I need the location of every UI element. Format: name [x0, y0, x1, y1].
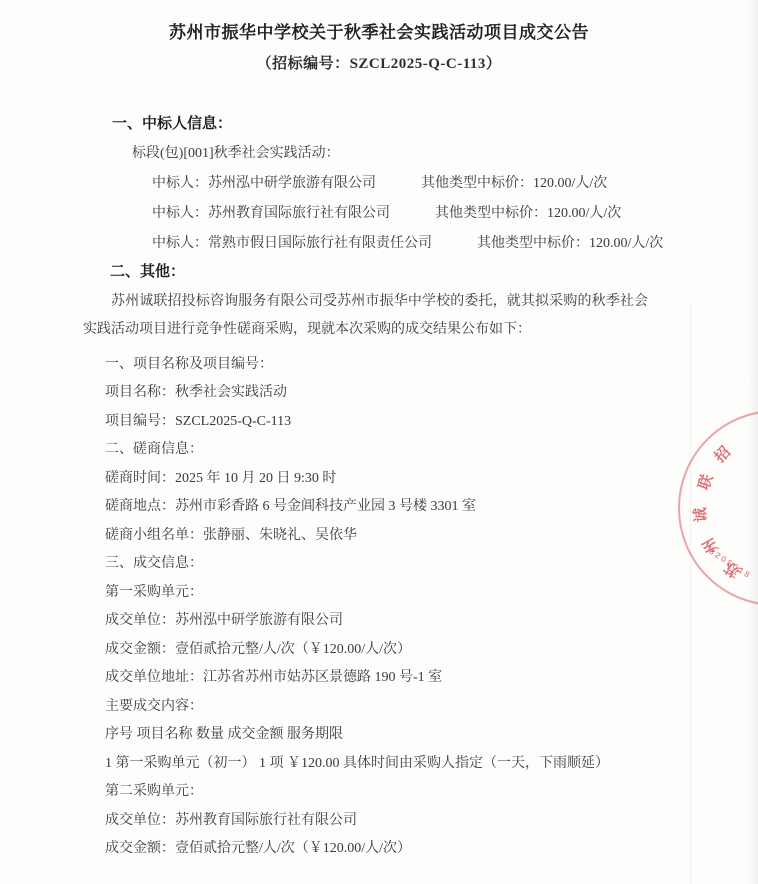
intro-paragraph: 苏州诚联招投标咨询服务有限公司受苏州市振华中学校的委托，就其拟采购的秋季社会实践… — [83, 288, 648, 344]
detail-line: 主要成交内容： — [105, 699, 758, 715]
detail-line: 磋商地点：苏州市彩香路 6 号金阊科技产业园 3 号楼 3301 室 — [105, 499, 758, 515]
detail-line: 成交单位：苏州泓中研学旅游有限公司 — [105, 613, 758, 629]
winner-label: 中标人： — [152, 206, 208, 222]
detail-line: 序号 项目名称 数量 成交金额 服务期限 — [105, 727, 758, 743]
detail-line: 三、成交信息： — [105, 556, 758, 572]
detail-line: 项目编号：SZCL2025-Q-C-113 — [105, 414, 758, 430]
winner-row: 中标人：苏州教育国际旅行社有限公司 其他类型中标价：120.00/人/次 — [152, 206, 758, 222]
page-title: 苏州市振华中学校关于秋季社会实践活动项目成交公告 — [0, 22, 758, 44]
detail-line: 第二采购单元： — [105, 784, 758, 800]
section2-heading: 二、其他： — [110, 264, 758, 280]
winner-price: 其他类型中标价：120.00/人/次 — [477, 236, 663, 252]
document-page: 苏州市振华中学校关于秋季社会实践活动项目成交公告 （招标编号：SZCL2025-… — [0, 0, 758, 884]
detail-lines: 一、项目名称及项目编号： 项目名称：秋季社会实践活动 项目编号：SZCL2025… — [0, 357, 758, 858]
detail-line: 一、项目名称及项目编号： — [105, 357, 758, 373]
detail-line: 磋商时间：2025 年 10 月 20 日 9:30 时 — [105, 471, 758, 487]
winner-name: 常熟市假日国际旅行社有限责任公司 — [208, 236, 432, 252]
detail-line: 第一采购单元： — [105, 585, 758, 601]
detail-line: 成交单位：苏州教育国际旅行社有限公司 — [105, 813, 758, 829]
section1-heading: 一、中标人信息： — [112, 116, 758, 132]
winner-label: 中标人： — [152, 176, 208, 192]
winner-name: 苏州教育国际旅行社有限公司 — [208, 206, 390, 222]
detail-line: 成交金额：壹佰贰拾元整/人/次（￥120.00/人/次） — [105, 642, 758, 658]
detail-line: 项目名称：秋季社会实践活动 — [105, 385, 758, 401]
scan-artifact-line — [690, 300, 691, 884]
winner-label: 中标人： — [152, 236, 208, 252]
winner-price: 其他类型中标价：120.00/人/次 — [421, 176, 607, 192]
detail-line: 成交单位地址：江苏省苏州市姑苏区景德路 190 号-1 室 — [105, 670, 758, 686]
winner-name: 苏州泓中研学旅游有限公司 — [208, 176, 376, 192]
winner-row: 中标人：苏州泓中研学旅游有限公司 其他类型中标价：120.00/人/次 — [152, 176, 758, 192]
winner-row: 中标人：常熟市假日国际旅行社有限责任公司 其他类型中标价：120.00/人/次 — [152, 236, 758, 252]
winner-price: 其他类型中标价：120.00/人/次 — [435, 206, 621, 222]
lot-line: 标段(包)[001]秋季社会实践活动： — [132, 146, 758, 162]
detail-line: 1 第一采购单元（初一） 1 项 ￥120.00 具体时间由采购人指定（一天，下… — [105, 756, 758, 772]
detail-line: 磋商小组名单：张静丽、朱晓礼、吴依华 — [105, 528, 758, 544]
detail-line: 二、磋商信息： — [105, 442, 758, 458]
detail-line: 成交金额：壹佰贰拾元整/人/次（￥120.00/人/次） — [105, 841, 758, 857]
tender-number: （招标编号：SZCL2025-Q-C-113） — [0, 54, 758, 74]
